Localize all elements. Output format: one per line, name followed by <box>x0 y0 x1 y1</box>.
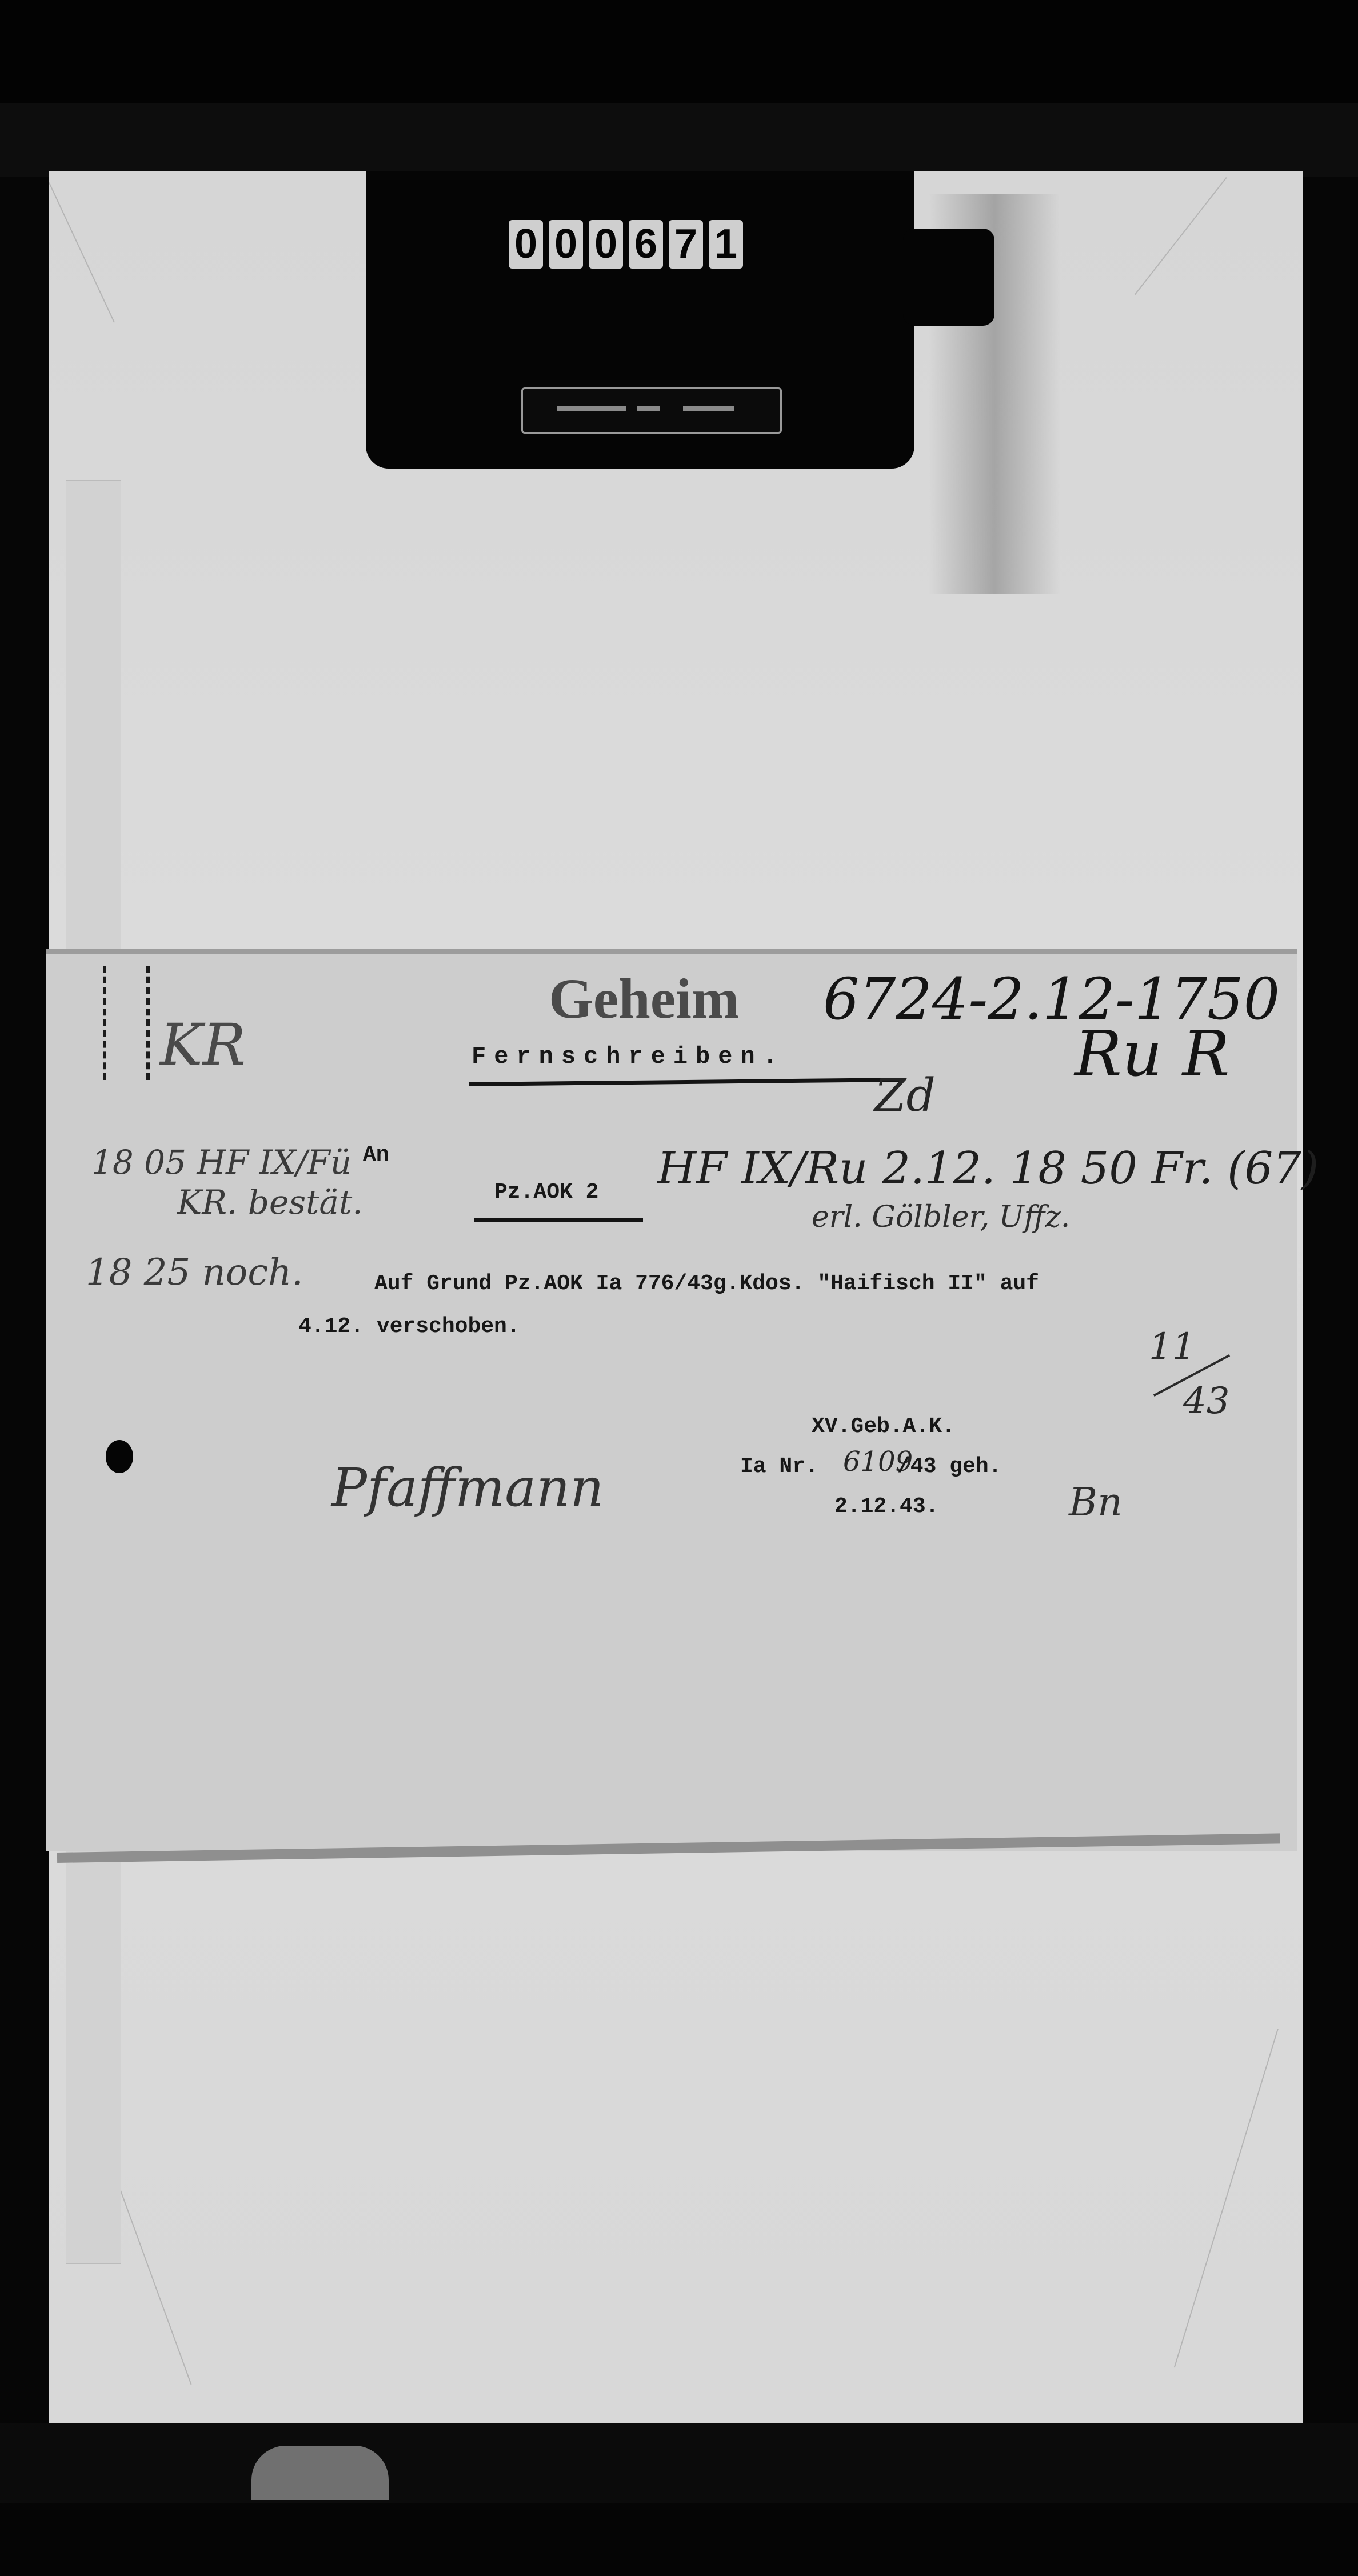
counter-digit: 7 <box>669 220 703 269</box>
counter-digit: 0 <box>589 220 623 269</box>
signature: Pfaffmann <box>331 1457 604 1518</box>
transmission-subnote: erl. Gölbler, Uffz. <box>812 1200 1070 1234</box>
margin-tick-marks <box>103 966 150 1080</box>
body-line-2: 4.12. verschoben. <box>298 1314 520 1339</box>
counter-digit: 1 <box>709 220 743 269</box>
film-band <box>0 103 1358 177</box>
folio-numerator: 11 <box>1149 1326 1195 1368</box>
margin-initials: KR <box>160 1011 246 1078</box>
transmission-note: HF IX/Ru 2.12. 18 50 Fr. (67) <box>657 1143 1319 1194</box>
classification-stamp: Geheim <box>549 966 739 1031</box>
initials-under-title: Zd <box>874 1069 936 1122</box>
frame-counter-digits: 0 0 0 6 7 1 <box>509 220 743 269</box>
counter-digit: 0 <box>509 220 543 269</box>
margin-note: KR. bestät. <box>177 1183 363 1222</box>
date: 2.12.43. <box>834 1494 938 1519</box>
counter-digit: 6 <box>629 220 663 269</box>
corner-crease-top-right <box>1135 177 1227 295</box>
form-title-underline <box>469 1078 903 1086</box>
clip-shadow <box>251 2446 389 2500</box>
body-line-1: Auf Grund Pz.AOK Ia 776/43g.Kdos. "Haifi… <box>374 1271 1039 1296</box>
telegram-form: KR Geheim 6724-2.12-1750 Fernschreiben. … <box>46 949 1297 1851</box>
corner-crease-top-left <box>49 182 115 323</box>
form-title: Fernschreiben. <box>472 1043 785 1070</box>
film-border-bottom <box>0 2423 1358 2576</box>
corner-crease-bottom-right <box>1174 2029 1279 2367</box>
punch-hole <box>106 1440 133 1473</box>
initials-top-right: Ru R <box>1075 1017 1229 1090</box>
margin-note: 18 05 HF IX/Fü <box>91 1143 352 1182</box>
paraph: Bn <box>1069 1480 1123 1525</box>
counter-label-slot <box>521 387 782 434</box>
address-label: An <box>363 1143 389 1167</box>
recipient: Pz.AOK 2 <box>494 1180 598 1205</box>
reference-suffix: /43 geh. <box>897 1454 1001 1479</box>
film-strip-edge <box>0 2503 1358 2576</box>
counter-digit: 0 <box>549 220 583 269</box>
recipient-underline <box>474 1218 643 1222</box>
folio-denominator: 43 <box>1183 1380 1229 1422</box>
margin-note: 18 25 noch. <box>86 1251 303 1294</box>
counter-knob <box>903 229 994 326</box>
reference-prefix: Ia Nr. <box>740 1454 818 1479</box>
sender-unit: XV.Geb.A.K. <box>812 1414 955 1439</box>
